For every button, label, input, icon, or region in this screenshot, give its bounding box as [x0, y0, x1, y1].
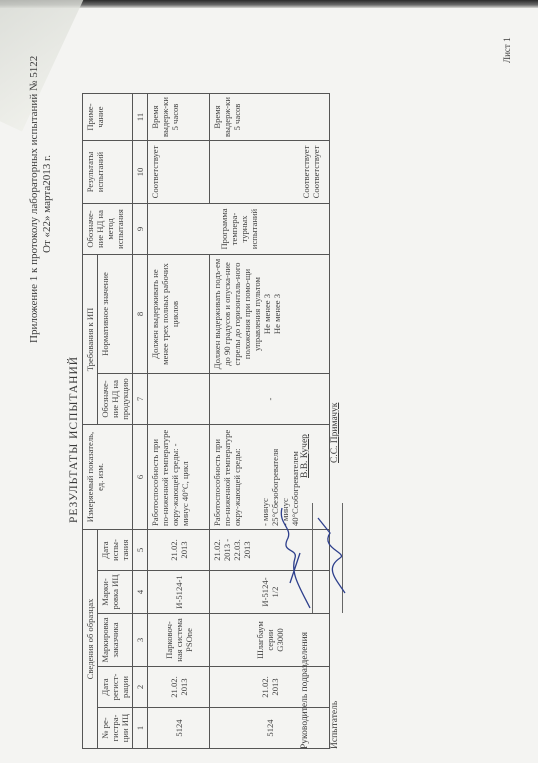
- result-item: Соответствует: [311, 144, 321, 200]
- reg-no: 5124: [210, 708, 330, 749]
- col-num: 3: [133, 614, 148, 667]
- col-header-6: Измеряемый показатель, ед. изм.: [83, 425, 133, 530]
- nd-method: Программа темпера-турных испытаний: [148, 204, 330, 255]
- tester-signature: [310, 503, 355, 613]
- nd-product: -: [210, 374, 330, 425]
- appendix-header: Приложение 1 к протоколу лабораторных ис…: [28, 3, 54, 343]
- col-num: 6: [133, 425, 148, 530]
- reg-date: 21.02. 2013: [210, 667, 330, 708]
- customer-mark: Парковоч-ная система PSOne: [148, 614, 210, 667]
- col-num: 7: [133, 374, 148, 425]
- col-header-9: Обозначе-ние НД на метод испытания: [83, 204, 133, 255]
- col-header-10: Результаты испытаний: [83, 141, 133, 204]
- page-title: РЕЗУЛЬТАТЫ ИСПЫТАНИЙ: [68, 356, 80, 523]
- col-header-3: Маркировка заказчика: [98, 614, 133, 667]
- col-num: 2: [133, 667, 148, 708]
- norm-text: Должен выдерживать подъ-ем до 90 градусо…: [212, 258, 262, 370]
- col-header-11: Приме-чание: [83, 94, 133, 141]
- result-item: Соответствует: [301, 144, 311, 200]
- col-header-1: № ре-гистра-ции ИЦ: [98, 708, 133, 749]
- results-table: Сведения об образцах Измеряемый показате…: [82, 93, 330, 749]
- col-header-8: Нормативное значение: [98, 255, 133, 374]
- result: Соответствует: [148, 141, 210, 204]
- col-header-5: Дата испы-тания: [98, 530, 133, 571]
- col-header-2: Дата регист-рации: [98, 667, 133, 708]
- norm-item: Не менее 3: [272, 258, 282, 370]
- appendix-date: От «22» марта2013 г.: [41, 3, 54, 343]
- norm: Должен выдерживать не менее трех полных …: [148, 255, 210, 374]
- test-date: 21.02. 2013: [148, 530, 210, 571]
- column-number-row: 1 2 3 4 5 6 7 8 9 10 11: [133, 94, 148, 749]
- col-num: 4: [133, 571, 148, 614]
- tester-name: С.С. Примачук: [330, 403, 340, 463]
- col-num: 1: [133, 708, 148, 749]
- nd-product: [148, 374, 210, 425]
- col-num: 8: [133, 255, 148, 374]
- note: Время выдерж-ки 5 часов: [148, 94, 210, 141]
- col-num: 11: [133, 94, 148, 141]
- table-row: 5124 21.02. 2013 Шлагбаум серии G3000 И-…: [210, 94, 330, 749]
- norm: Должен выдерживать подъ-ем до 90 градусо…: [210, 255, 330, 374]
- customer-mark: Шлагбаум серии G3000: [210, 614, 330, 667]
- reg-date: 21.02. 2013: [148, 667, 210, 708]
- head-label: Руководитель подразделения: [300, 632, 310, 749]
- parameter: Работоспособность при по-ниженной темпер…: [148, 425, 210, 530]
- appendix-line: Приложение 1 к протоколу лабораторных ис…: [28, 3, 41, 343]
- parameter-text: Работоспособность при по-ниженной темпер…: [212, 428, 242, 526]
- sheet-number: Лист 1: [502, 37, 512, 63]
- reg-no: 5124: [148, 708, 210, 749]
- norm-item: Не менее 3: [262, 258, 272, 370]
- document-page: Приложение 1 к протоколу лабораторных ис…: [0, 0, 538, 763]
- col-num: 9: [133, 204, 148, 255]
- table-row: 5124 21.02. 2013 Парковоч-ная система PS…: [148, 94, 210, 749]
- result: Соответствует Соответствует: [210, 141, 330, 204]
- tester-label: Испытатель: [330, 701, 340, 749]
- head-name: В.В. Кучер: [300, 434, 310, 478]
- lab-mark: И-5124-1: [148, 571, 210, 614]
- col-num: 5: [133, 530, 148, 571]
- group-header-samples: Сведения об образцах: [83, 530, 98, 749]
- col-header-7: Обозначе-ние НД на продукцию: [98, 374, 133, 425]
- note: Время выдерж-ки 5 часов: [210, 94, 330, 141]
- group-header-requirements: Требования к ИП: [83, 255, 98, 425]
- col-num: 10: [133, 141, 148, 204]
- col-header-4: Марки-ровка ИЦ: [98, 571, 133, 614]
